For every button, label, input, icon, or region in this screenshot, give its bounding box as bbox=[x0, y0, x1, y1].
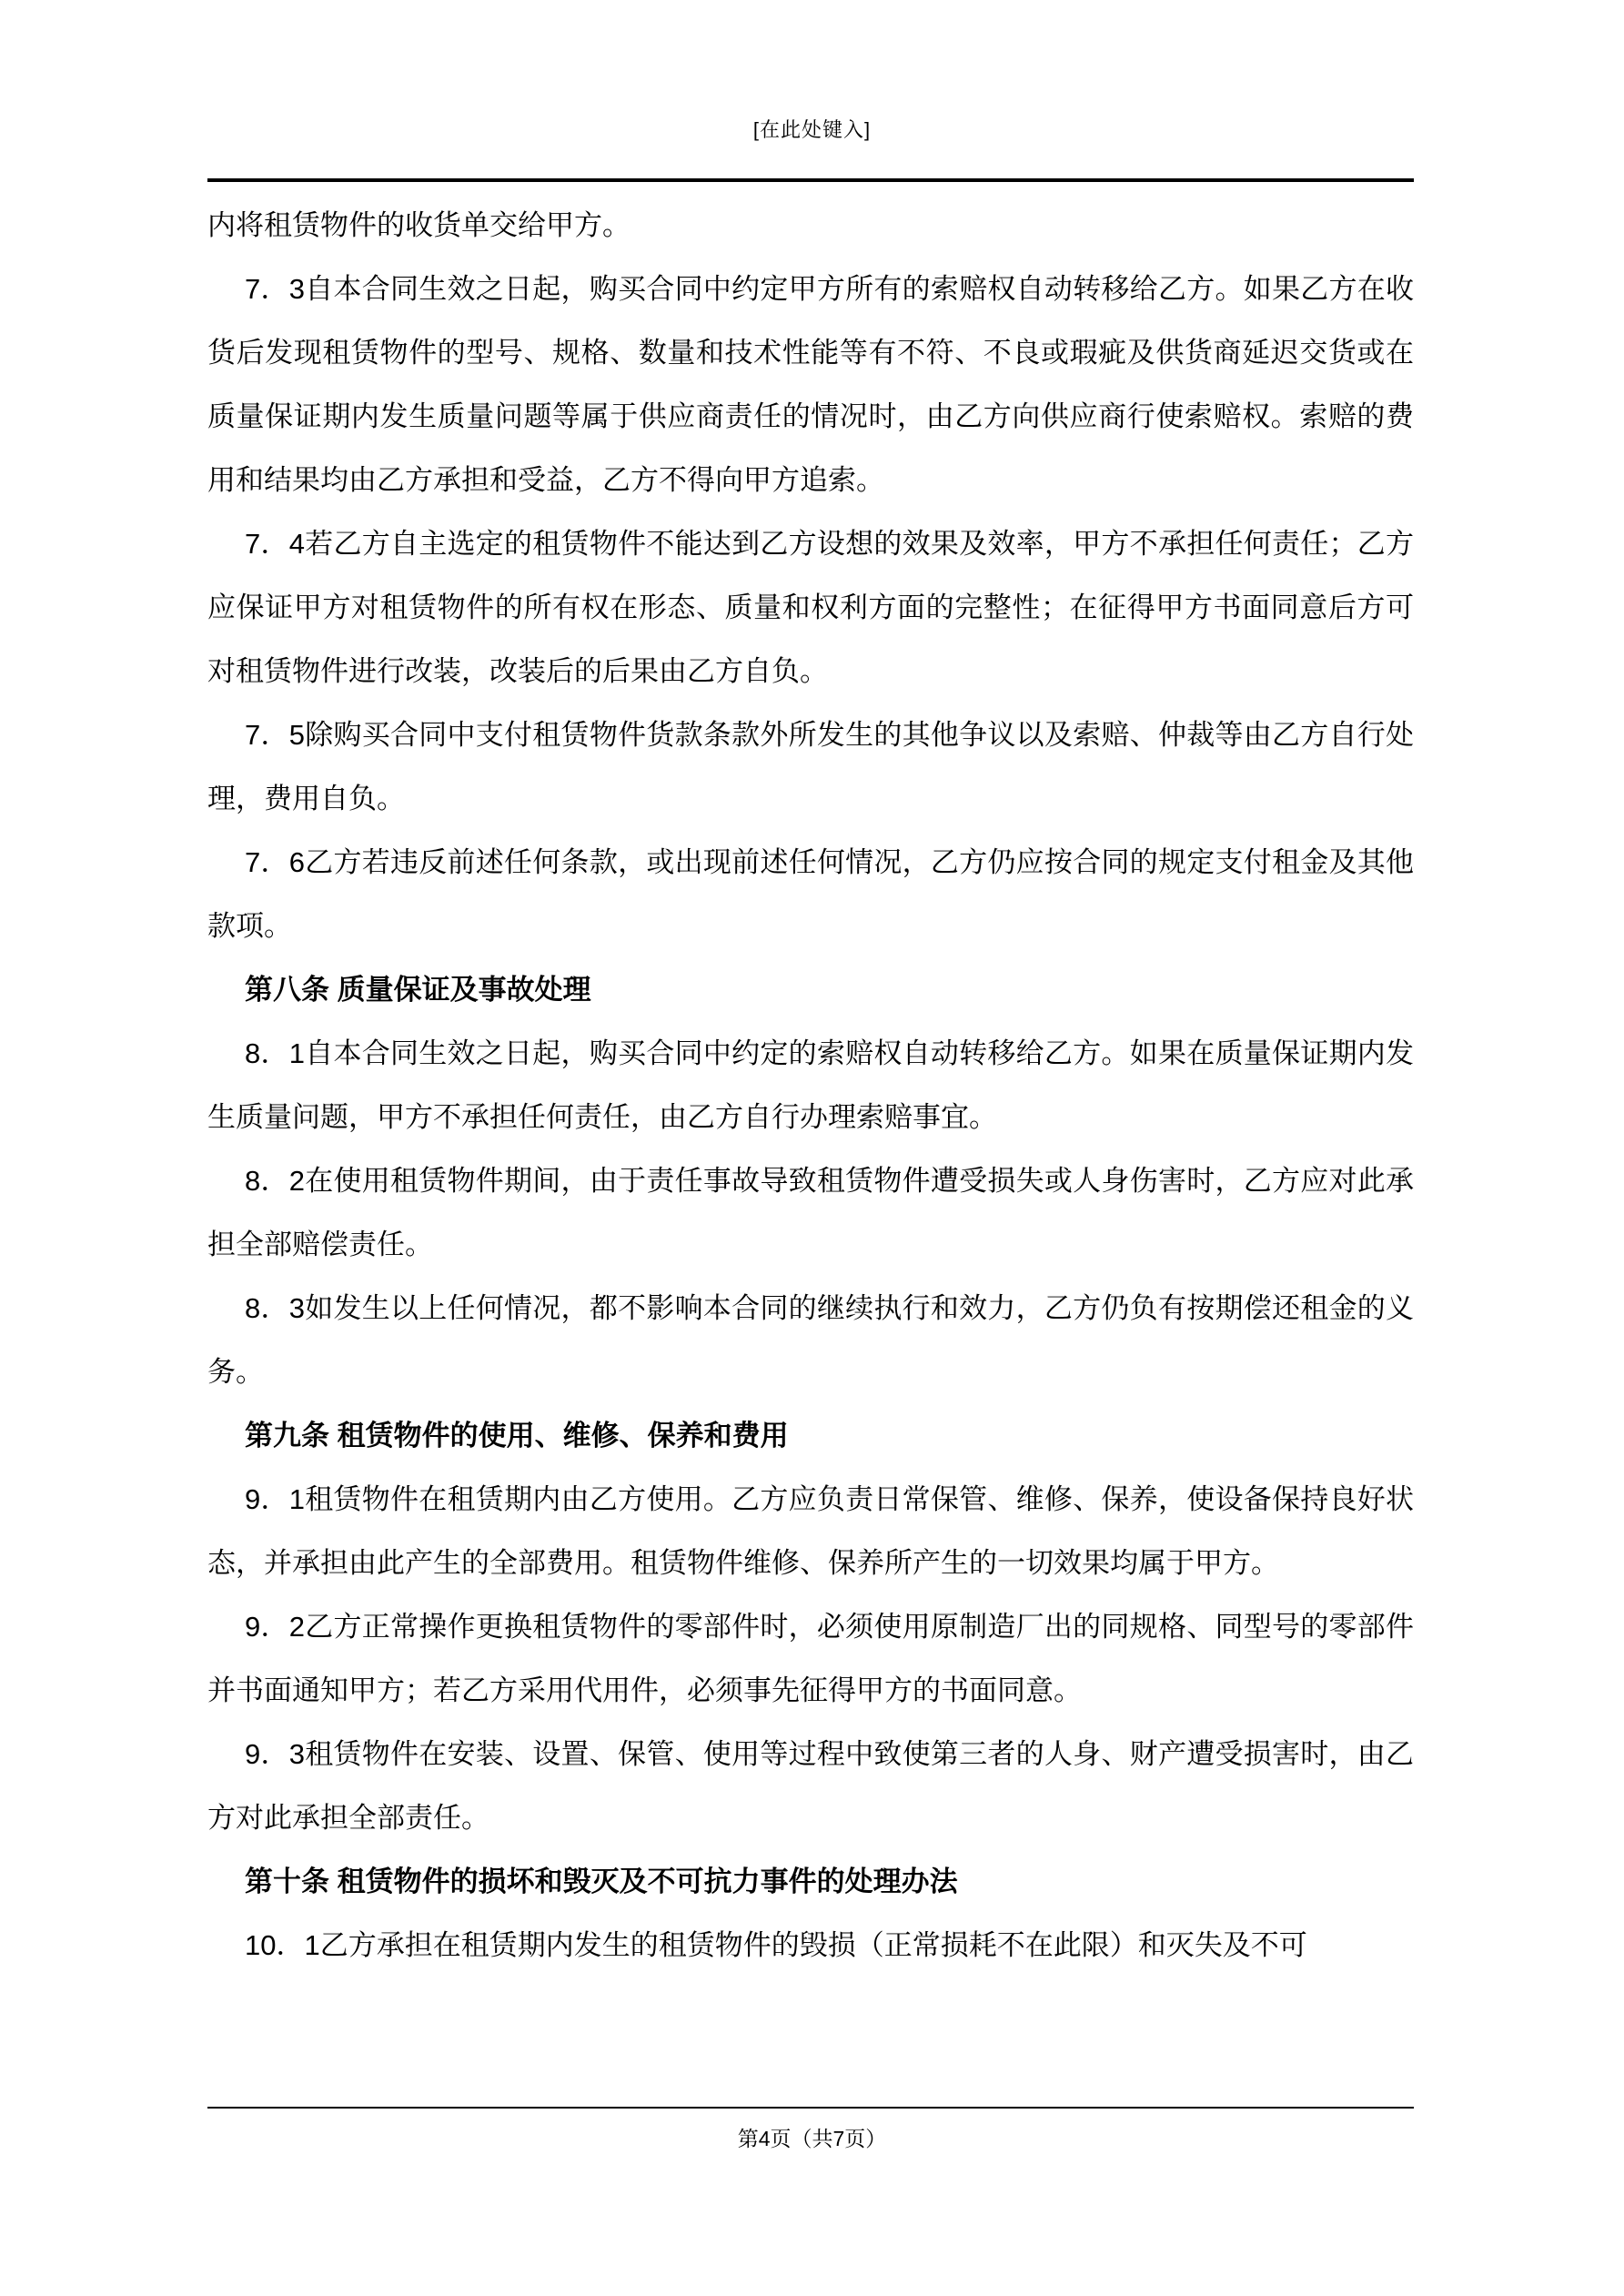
paragraph: 内将租赁物件的收货单交给甲方。 bbox=[207, 194, 1414, 258]
section-heading: 第八条 质量保证及事故处理 bbox=[207, 958, 1414, 1022]
paragraph: 7．3自本合同生效之日起，购买合同中约定甲方所有的索赔权自动转移给乙方。如果乙方… bbox=[207, 258, 1414, 512]
section-heading: 第十条 租赁物件的损坏和毁灭及不可抗力事件的处理办法 bbox=[207, 1850, 1414, 1914]
header-divider bbox=[207, 178, 1414, 182]
document-page: [在此处键入] 内将租赁物件的收货单交给甲方。7．3自本合同生效之日起，购买合同… bbox=[0, 0, 1624, 2296]
paragraph: 8．1自本合同生效之日起，购买合同中约定的索赔权自动转移给乙方。如果在质量保证期… bbox=[207, 1022, 1414, 1149]
paragraph: 10．1乙方承担在租赁期内发生的租赁物件的毁损（正常损耗不在此限）和灭失及不可 bbox=[207, 1914, 1414, 1977]
paragraph: 9．2乙方正常操作更换租赁物件的零部件时，必须使用原制造厂出的同规格、同型号的零… bbox=[207, 1595, 1414, 1723]
paragraph: 8．3如发生以上任何情况，都不影响本合同的继续执行和效力，乙方仍负有按期偿还租金… bbox=[207, 1277, 1414, 1404]
header-placeholder: [在此处键入] bbox=[0, 116, 1624, 144]
paragraph: 7．5除购买合同中支付租赁物件货款条款外所发生的其他争议以及索赔、仲裁等由乙方自… bbox=[207, 703, 1414, 831]
paragraph: 9．1租赁物件在租赁期内由乙方使用。乙方应负责日常保管、维修、保养，使设备保持良… bbox=[207, 1468, 1414, 1595]
paragraph: 9．3租赁物件在安装、设置、保管、使用等过程中致使第三者的人身、财产遭受损害时，… bbox=[207, 1723, 1414, 1850]
section-heading: 第九条 租赁物件的使用、维修、保养和费用 bbox=[207, 1404, 1414, 1468]
paragraph: 8．2在使用租赁物件期间，由于责任事故导致租赁物件遭受损失或人身伤害时，乙方应对… bbox=[207, 1149, 1414, 1277]
page-number: 第4页（共7页） bbox=[0, 2124, 1624, 2153]
paragraph: 7．6乙方若违反前述任何条款，或出现前述任何情况，乙方仍应按合同的规定支付租金及… bbox=[207, 831, 1414, 958]
footer-divider bbox=[207, 2107, 1414, 2109]
document-body: 内将租赁物件的收货单交给甲方。7．3自本合同生效之日起，购买合同中约定甲方所有的… bbox=[207, 194, 1414, 1977]
paragraph: 7．4若乙方自主选定的租赁物件不能达到乙方设想的效果及效率，甲方不承担任何责任；… bbox=[207, 512, 1414, 703]
